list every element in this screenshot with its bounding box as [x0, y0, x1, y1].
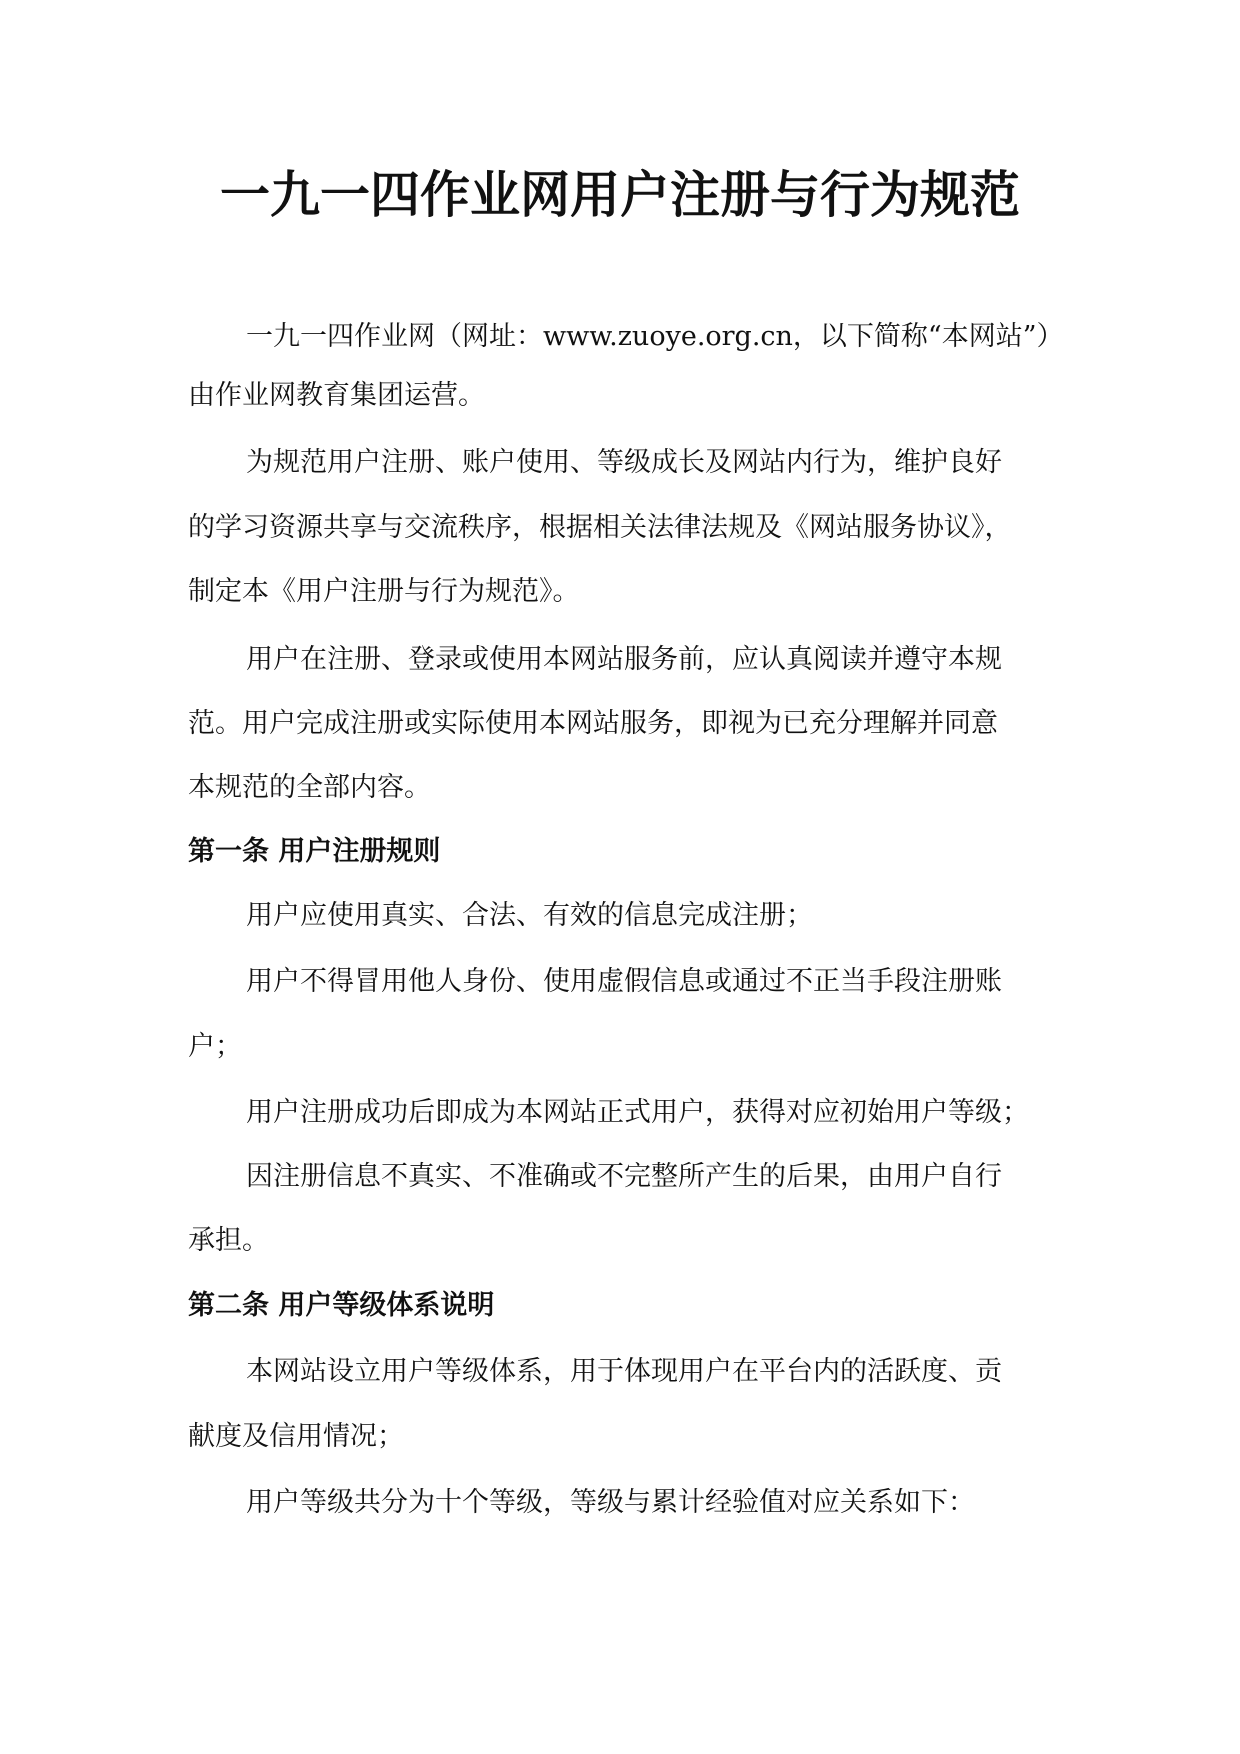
article-1-clause-4-line-1: 因注册信息不真实、不准确或不完整所产生的后果，由用户自行	[246, 1157, 1002, 1197]
article-2-heading: 第二条 用户等级体系说明	[188, 1286, 494, 1326]
article-1-clause-4-line-2: 承担。	[188, 1221, 269, 1261]
intro-paragraph-3-line-3: 本规范的全部内容。	[188, 768, 431, 808]
intro-paragraph-1-line-2: 由作业网教育集团运营。	[188, 376, 485, 416]
article-1-clause-2-line-1: 用户不得冒用他人身份、使用虚假信息或通过不正当手段注册账	[246, 962, 1002, 1002]
article-1-clause-2-line-2: 户；	[188, 1027, 242, 1067]
document-page: 一九一四作业网用户注册与行为规范 一九一四作业网（网址：www.zuoye.or…	[0, 0, 1240, 1754]
article-2-clause-1-line-2: 献度及信用情况；	[188, 1417, 404, 1457]
intro-paragraph-2-line-3: 制定本《用户注册与行为规范》。	[188, 572, 580, 612]
intro-paragraph-1-line-1: 一九一四作业网（网址：www.zuoye.org.cn，以下简称“本网站”）	[246, 317, 1064, 357]
article-1-clause-3: 用户注册成功后即成为本网站正式用户，获得对应初始用户等级；	[246, 1093, 1029, 1133]
intro-paragraph-3-line-2: 范。用户完成注册或实际使用本网站服务，即视为已充分理解并同意	[188, 704, 998, 744]
intro-paragraph-3-line-1: 用户在注册、登录或使用本网站服务前，应认真阅读并遵守本规	[246, 640, 1002, 680]
article-2-clause-2: 用户等级共分为十个等级，等级与累计经验值对应关系如下：	[246, 1483, 975, 1523]
document-title: 一九一四作业网用户注册与行为规范	[0, 160, 1240, 230]
intro-paragraph-2-line-2: 的学习资源共享与交流秩序，根据相关法律法规及《网站服务协议》，	[188, 508, 1012, 548]
article-1-clause-1: 用户应使用真实、合法、有效的信息完成注册；	[246, 896, 813, 936]
article-1-heading: 第一条 用户注册规则	[188, 832, 440, 872]
intro-paragraph-2-line-1: 为规范用户注册、账户使用、等级成长及网站内行为，维护良好	[246, 443, 1002, 483]
article-2-clause-1-line-1: 本网站设立用户等级体系，用于体现用户在平台内的活跃度、贡	[246, 1352, 1002, 1392]
